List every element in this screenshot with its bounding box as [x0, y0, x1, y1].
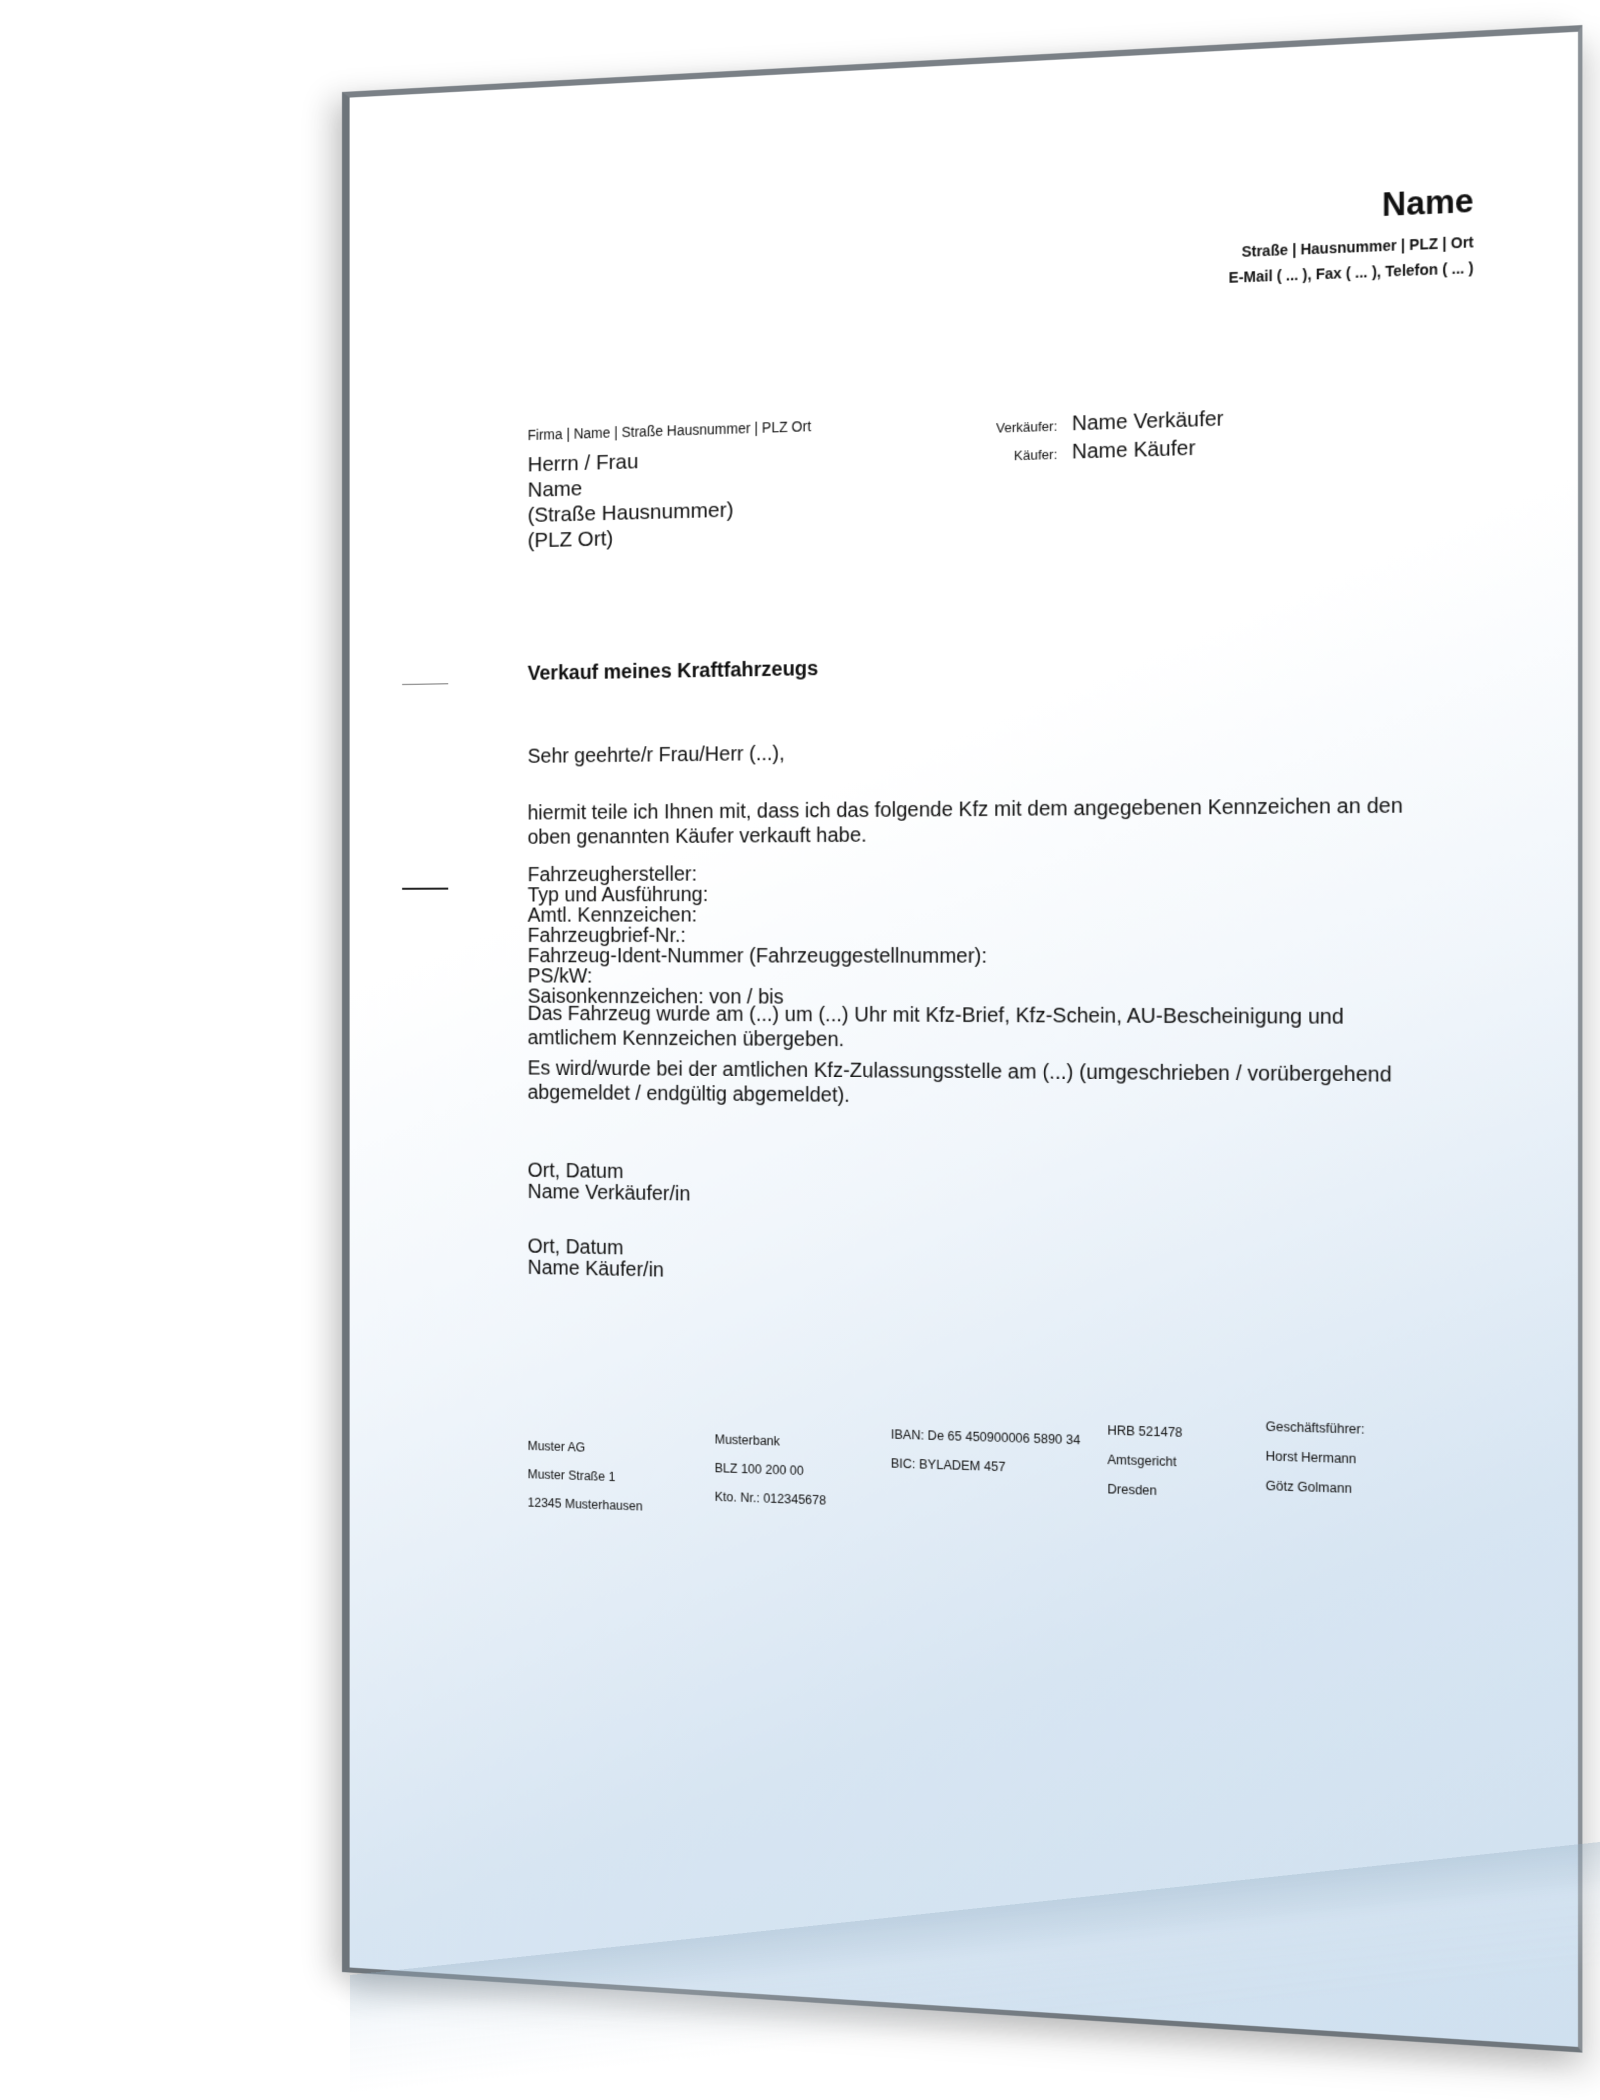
buyer-label: Käufer:: [962, 446, 1072, 465]
seller-label: Verkäufer:: [962, 418, 1072, 437]
field-vin: Fahrzeug-Ident-Nummer (Fahrzeuggestellnu…: [528, 946, 987, 967]
footer-text: Götz Golmann: [1266, 1478, 1427, 1498]
seller-row: Verkäufer: Name Verkäufer: [962, 408, 1223, 440]
recipient-line: (Straße Hausnummer): [528, 497, 734, 528]
letter-subject: Verkauf meines Kraftfahrzeugs: [528, 658, 819, 686]
field-power: PS/kW:: [528, 966, 987, 987]
footer-register: HRB 521478 Amtsgericht Dresden: [1107, 1415, 1265, 1551]
parties-block: Verkäufer: Name Verkäufer Käufer: Name K…: [962, 408, 1223, 473]
footer-text: BIC: BYLADEM 457: [891, 1456, 1108, 1477]
buyer-value: Name Käufer: [1072, 437, 1196, 465]
handover-paragraph: Das Fahrzeug wurde am (...) um (...) Uhr…: [528, 1002, 1433, 1057]
field-manufacturer: Fahrzeughersteller:: [528, 863, 987, 886]
intro-paragraph: hiermit teile ich Ihnen mit, dass ich da…: [528, 793, 1433, 850]
seller-signature: Ort, Datum Name Verkäufer/in: [528, 1161, 691, 1206]
seller-name: Name Verkäufer/in: [528, 1182, 691, 1206]
footer-text: Musterbank: [715, 1432, 891, 1452]
buyer-name: Name Käufer/in: [528, 1258, 664, 1282]
footer-text: Geschäftsführer:: [1266, 1419, 1427, 1439]
footer-text: BLZ 100 200 00: [715, 1461, 891, 1481]
return-address-line: Firma | Name | Straße Hausnummer | PLZ O…: [528, 418, 812, 443]
footer-text: Amtsgericht: [1107, 1452, 1265, 1472]
field-type: Typ und Ausführung:: [528, 884, 987, 906]
footer-text: 12345 Musterhausen: [528, 1495, 715, 1516]
sender-address: Straße | Hausnummer | PLZ | Ort: [1242, 233, 1474, 260]
footer-text: Muster Straße 1: [528, 1467, 715, 1487]
field-registration-doc: Fahrzeugbrief-Nr.:: [528, 925, 987, 946]
footer-bank: Musterbank BLZ 100 200 00 Kto. Nr.: 0123…: [715, 1404, 891, 1537]
letter-page: Name Straße | Hausnummer | PLZ | Ort E-M…: [342, 25, 1582, 2053]
seller-value: Name Verkäufer: [1072, 408, 1224, 437]
vehicle-fields: Fahrzeughersteller: Typ und Ausführung: …: [528, 863, 987, 1009]
footer-text: Horst Hermann: [1266, 1449, 1427, 1469]
buyer-signature: Ort, Datum Name Käufer/in: [528, 1236, 664, 1281]
recipient-address: Herrn / Frau Name (Straße Hausnummer) (P…: [528, 446, 734, 554]
salutation: Sehr geehrte/r Frau/Herr (...),: [528, 742, 785, 768]
punch-mark: [402, 888, 448, 890]
footer-company: Muster AG Muster Straße 1 12345 Musterha…: [528, 1398, 715, 1530]
sender-name: Name: [1382, 182, 1474, 225]
footer-text: Muster AG: [528, 1439, 715, 1459]
footer-management: Geschäftsführer: Horst Hermann Götz Golm…: [1266, 1419, 1427, 1556]
document-stage: Name Straße | Hausnummer | PLZ | Ort E-M…: [0, 0, 1600, 2100]
fold-mark: [402, 683, 448, 685]
buyer-row: Käufer: Name Käufer: [962, 436, 1223, 468]
footer-text: Dresden: [1107, 1482, 1265, 1502]
recipient-line: (PLZ Ort): [528, 523, 734, 554]
footer-text: IBAN: De 65 450900006 5890 34: [891, 1427, 1108, 1448]
registration-paragraph: Es wird/wurde bei der amtlichen Kfz-Zula…: [528, 1056, 1433, 1114]
footer-text: HRB 521478: [1107, 1423, 1265, 1442]
footer-text: Kto. Nr.: 012345678: [715, 1490, 891, 1510]
letter-footer: Muster AG Muster Straße 1 12345 Musterha…: [528, 1398, 1454, 1557]
field-plate: Amtl. Kennzeichen:: [528, 904, 987, 925]
sender-contact: E-Mail ( ... ), Fax ( ... ), Telefon ( .…: [1229, 259, 1474, 286]
footer-iban: IBAN: De 65 450900006 5890 34 BIC: BYLAD…: [891, 1409, 1108, 1545]
